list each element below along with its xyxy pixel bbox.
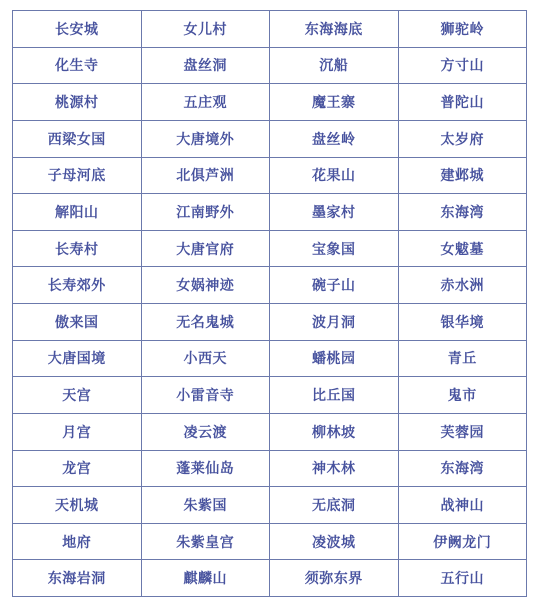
location-cell[interactable]: 普陀山 <box>398 84 527 121</box>
location-cell[interactable]: 柳林坡 <box>270 413 399 450</box>
location-cell[interactable]: 解阳山 <box>13 194 142 231</box>
location-cell[interactable]: 龙宫 <box>13 450 142 487</box>
location-cell[interactable]: 北俱芦洲 <box>141 157 270 194</box>
table-row: 月宫凌云渡柳林坡芙蓉园 <box>13 413 527 450</box>
location-cell[interactable]: 战神山 <box>398 487 527 524</box>
location-cell[interactable]: 小雷音寺 <box>141 377 270 414</box>
location-cell[interactable]: 东海海底 <box>270 11 399 48</box>
location-cell[interactable]: 化生寺 <box>13 47 142 84</box>
location-cell[interactable]: 天机城 <box>13 487 142 524</box>
location-cell[interactable]: 子母河底 <box>13 157 142 194</box>
location-cell[interactable]: 东海湾 <box>398 450 527 487</box>
location-cell[interactable]: 方寸山 <box>398 47 527 84</box>
location-table: 长安城女儿村东海海底狮驼岭化生寺盘丝洞沉船方寸山桃源村五庄观魔王寨普陀山西梁女国… <box>12 10 527 597</box>
location-cell[interactable]: 女儿村 <box>141 11 270 48</box>
location-cell[interactable]: 花果山 <box>270 157 399 194</box>
location-cell[interactable]: 五庄观 <box>141 84 270 121</box>
location-cell[interactable]: 魔王寨 <box>270 84 399 121</box>
location-cell[interactable]: 凌云渡 <box>141 413 270 450</box>
location-cell[interactable]: 朱紫皇宫 <box>141 523 270 560</box>
location-cell[interactable]: 江南野外 <box>141 194 270 231</box>
location-cell[interactable]: 大唐官府 <box>141 230 270 267</box>
table-row: 化生寺盘丝洞沉船方寸山 <box>13 47 527 84</box>
location-cell[interactable]: 蓬莱仙岛 <box>141 450 270 487</box>
table-row: 傲来国无名鬼城波月洞银华境 <box>13 304 527 341</box>
location-cell[interactable]: 月宫 <box>13 413 142 450</box>
location-cell[interactable]: 蟠桃园 <box>270 340 399 377</box>
location-cell[interactable]: 神木林 <box>270 450 399 487</box>
table-row: 长寿郊外女娲神迹碗子山赤水洲 <box>13 267 527 304</box>
location-cell[interactable]: 长寿郊外 <box>13 267 142 304</box>
location-cell[interactable]: 无底洞 <box>270 487 399 524</box>
location-cell[interactable]: 赤水洲 <box>398 267 527 304</box>
location-cell[interactable]: 墨家村 <box>270 194 399 231</box>
page: 长安城女儿村东海海底狮驼岭化生寺盘丝洞沉船方寸山桃源村五庄观魔王寨普陀山西梁女国… <box>0 0 540 607</box>
location-cell[interactable]: 青丘 <box>398 340 527 377</box>
location-cell[interactable]: 大唐国境 <box>13 340 142 377</box>
table-row: 天机城朱紫国无底洞战神山 <box>13 487 527 524</box>
location-cell[interactable]: 芙蓉园 <box>398 413 527 450</box>
location-cell[interactable]: 太岁府 <box>398 120 527 157</box>
location-cell[interactable]: 沉船 <box>270 47 399 84</box>
location-table-body: 长安城女儿村东海海底狮驼岭化生寺盘丝洞沉船方寸山桃源村五庄观魔王寨普陀山西梁女国… <box>13 11 527 597</box>
location-cell[interactable]: 建邺城 <box>398 157 527 194</box>
location-cell[interactable]: 傲来国 <box>13 304 142 341</box>
location-cell[interactable]: 五行山 <box>398 560 527 597</box>
location-cell[interactable]: 大唐境外 <box>141 120 270 157</box>
location-cell[interactable]: 无名鬼城 <box>141 304 270 341</box>
location-cell[interactable]: 麒麟山 <box>141 560 270 597</box>
location-cell[interactable]: 长安城 <box>13 11 142 48</box>
table-row: 东海岩洞麒麟山须弥东界五行山 <box>13 560 527 597</box>
location-cell[interactable]: 东海岩洞 <box>13 560 142 597</box>
location-cell[interactable]: 须弥东界 <box>270 560 399 597</box>
location-cell[interactable]: 银华境 <box>398 304 527 341</box>
table-row: 子母河底北俱芦洲花果山建邺城 <box>13 157 527 194</box>
table-row: 长寿村大唐官府宝象国女魃墓 <box>13 230 527 267</box>
location-cell[interactable]: 朱紫国 <box>141 487 270 524</box>
location-cell[interactable]: 西梁女国 <box>13 120 142 157</box>
table-row: 龙宫蓬莱仙岛神木林东海湾 <box>13 450 527 487</box>
table-row: 大唐国境小西天蟠桃园青丘 <box>13 340 527 377</box>
location-cell[interactable]: 狮驼岭 <box>398 11 527 48</box>
location-cell[interactable]: 女魃墓 <box>398 230 527 267</box>
location-cell[interactable]: 比丘国 <box>270 377 399 414</box>
location-cell[interactable]: 天宫 <box>13 377 142 414</box>
location-cell[interactable]: 凌波城 <box>270 523 399 560</box>
location-cell[interactable]: 鬼市 <box>398 377 527 414</box>
location-cell[interactable]: 宝象国 <box>270 230 399 267</box>
location-cell[interactable]: 盘丝洞 <box>141 47 270 84</box>
location-cell[interactable]: 小西天 <box>141 340 270 377</box>
location-cell[interactable]: 伊阙龙门 <box>398 523 527 560</box>
table-row: 天宫小雷音寺比丘国鬼市 <box>13 377 527 414</box>
location-cell[interactable]: 长寿村 <box>13 230 142 267</box>
table-row: 解阳山江南野外墨家村东海湾 <box>13 194 527 231</box>
location-cell[interactable]: 波月洞 <box>270 304 399 341</box>
location-cell[interactable]: 桃源村 <box>13 84 142 121</box>
table-row: 桃源村五庄观魔王寨普陀山 <box>13 84 527 121</box>
location-cell[interactable]: 女娲神迹 <box>141 267 270 304</box>
location-cell[interactable]: 地府 <box>13 523 142 560</box>
location-cell[interactable]: 盘丝岭 <box>270 120 399 157</box>
location-cell[interactable]: 东海湾 <box>398 194 527 231</box>
table-row: 长安城女儿村东海海底狮驼岭 <box>13 11 527 48</box>
table-row: 地府朱紫皇宫凌波城伊阙龙门 <box>13 523 527 560</box>
location-cell[interactable]: 碗子山 <box>270 267 399 304</box>
table-row: 西梁女国大唐境外盘丝岭太岁府 <box>13 120 527 157</box>
